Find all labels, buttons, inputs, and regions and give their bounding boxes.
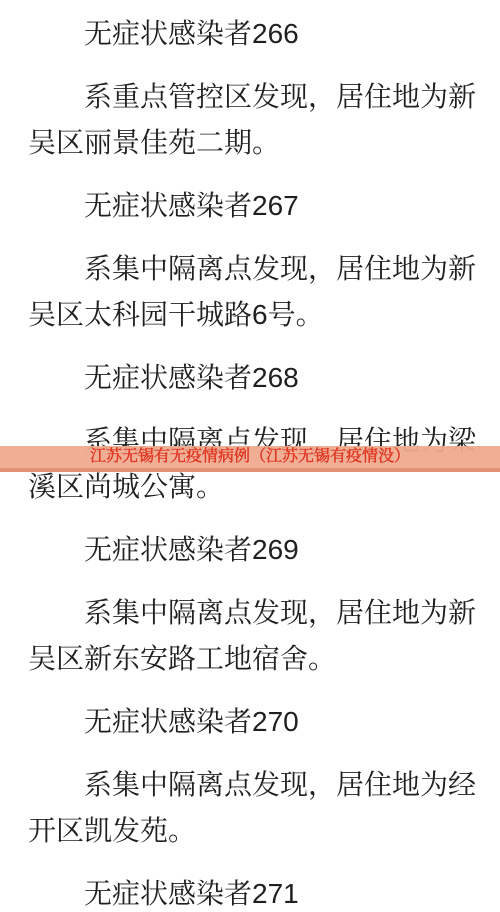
case-heading-text: 无症状感染者267 [28,183,476,229]
case-detail-line: 吴区新东安路工地宿舍。 [28,636,476,682]
case-heading-267: 无症状感染者267 [28,183,476,229]
case-detail-270: 系集中隔离点发现，居住地为经 开区凯发苑。 [28,762,476,854]
case-heading-text: 无症状感染者271 [28,871,476,912]
case-detail-267: 系集中隔离点发现，居住地为新 吴区太科园干城路6号。 [28,246,476,338]
case-heading-text: 无症状感染者268 [28,355,476,401]
case-heading-270: 无症状感染者270 [28,699,476,745]
case-heading-text: 无症状感染者266 [28,11,476,57]
case-detail-line: 系集中隔离点发现，居住地为新 [28,590,476,636]
case-detail-269: 系集中隔离点发现，居住地为新 吴区新东安路工地宿舍。 [28,590,476,682]
case-detail-line: 系集中隔离点发现，居住地为经 [28,762,476,808]
case-heading-text: 无症状感染者270 [28,699,476,745]
case-detail-line: 系重点管控区发现，居住地为新 [28,74,476,120]
case-heading-268: 无症状感染者268 [28,355,476,401]
case-detail-line: 吴区丽景佳苑二期。 [28,120,476,166]
case-detail-266: 系重点管控区发现，居住地为新 吴区丽景佳苑二期。 [28,74,476,166]
article-page: 无症状感染者266 系重点管控区发现，居住地为新 吴区丽景佳苑二期。 无症状感染… [0,0,500,912]
case-heading-266: 无症状感染者266 [28,11,476,57]
watermark-banner: 江苏无锡有无疫情病例（江苏无锡有疫情没） [0,446,500,472]
case-heading-271: 无症状感染者271 [28,871,476,912]
case-heading-text: 无症状感染者269 [28,527,476,573]
case-detail-line: 系集中隔离点发现，居住地为新 [28,246,476,292]
case-detail-line: 吴区太科园干城路6号。 [28,292,476,338]
watermark-title: 江苏无锡有无疫情病例（江苏无锡有疫情没） [90,449,410,465]
case-detail-line: 开区凯发苑。 [28,808,476,854]
case-heading-269: 无症状感染者269 [28,527,476,573]
